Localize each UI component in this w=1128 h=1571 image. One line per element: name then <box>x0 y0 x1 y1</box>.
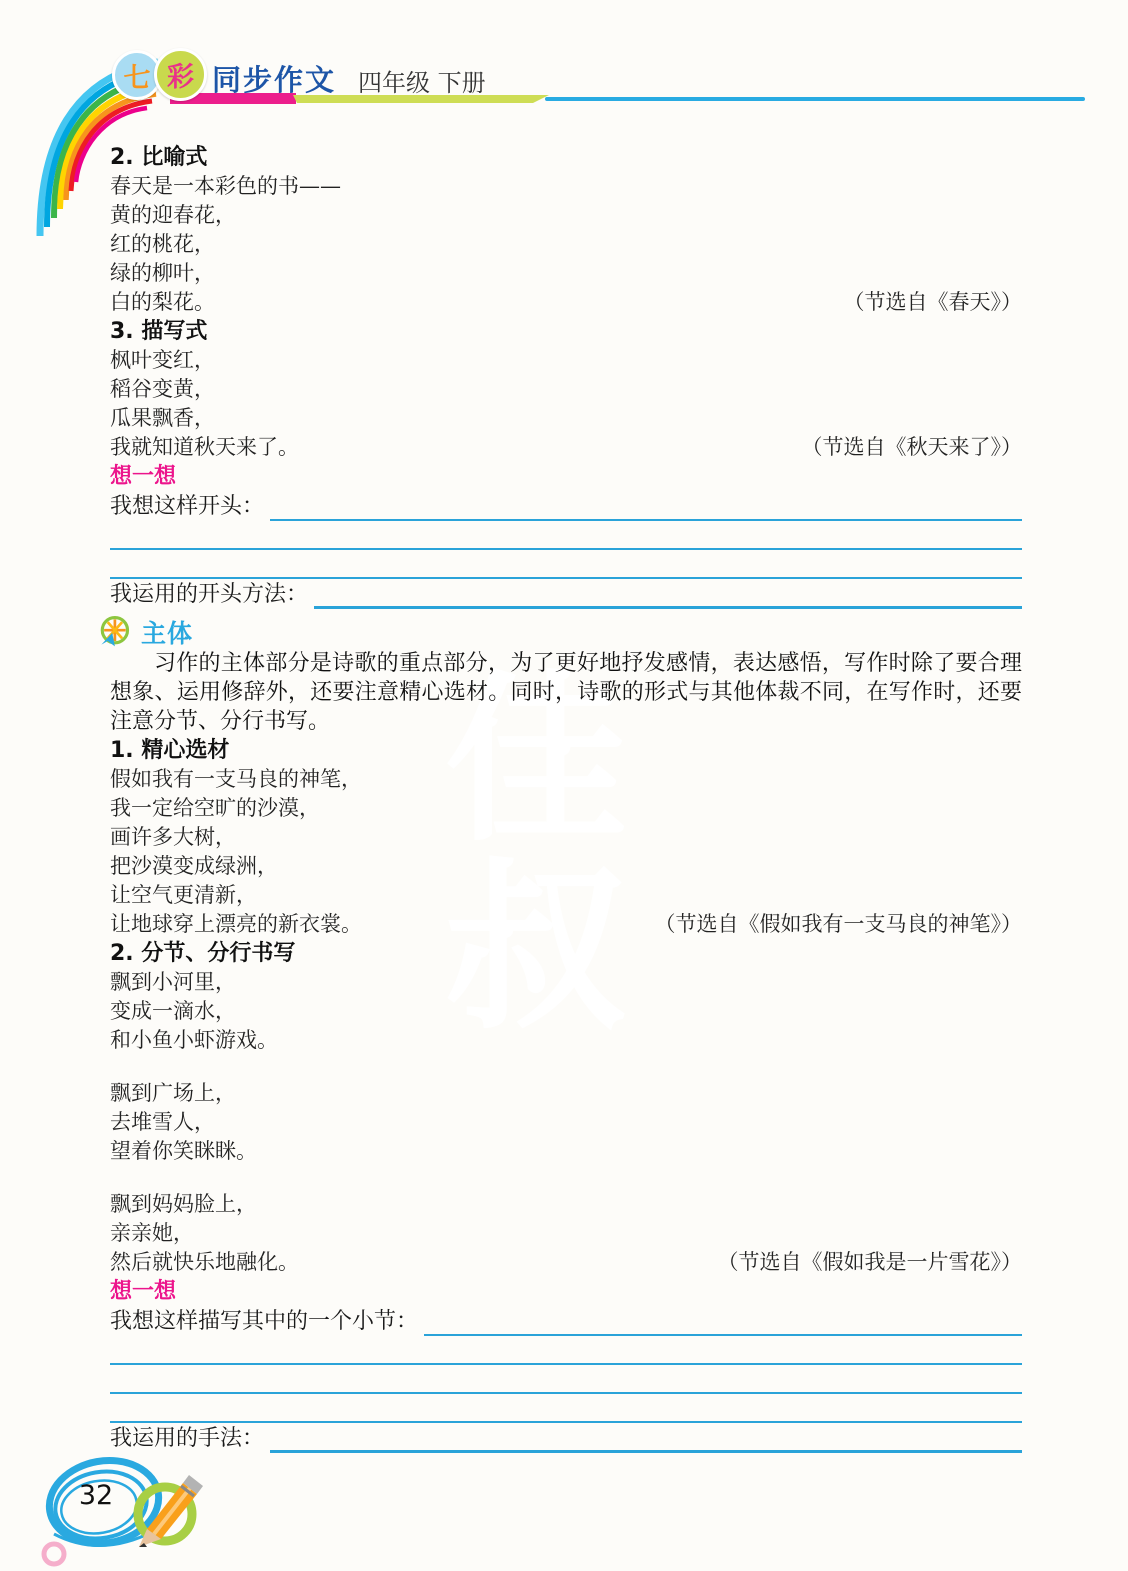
prompt-opening-method-row: 我运用的开头方法： <box>110 579 1022 609</box>
body-intro-paragraph: 习作的主体部分是诗歌的重点部分，为了更好地抒发感情，表达感悟，写作时除了要合理想… <box>110 649 1022 736</box>
heading-material-selection: 1. 精心选材 <box>110 736 1022 765</box>
page-number: 32 <box>74 1480 118 1511</box>
answer-blank-line <box>270 495 1022 521</box>
prompt-opening-method-label: 我运用的开头方法： <box>110 581 308 609</box>
poem-line: 和小鱼小虾游戏。 <box>110 1026 1022 1055</box>
poem-line: 亲亲她， <box>110 1219 1022 1248</box>
pink-ring-icon <box>44 1544 64 1564</box>
poem-line: 绿的柳叶， <box>110 259 1022 288</box>
poem-line: 让地球穿上漂亮的新衣裳。 <box>110 910 362 939</box>
logo-badge-cai: 彩 <box>154 48 207 101</box>
header-cyan-rule <box>545 97 1085 101</box>
prompt-stanza-label: 我想这样描写其中的一个小节： <box>110 1308 418 1336</box>
writing-line <box>110 521 1022 550</box>
prompt-stanza-row: 我想这样描写其中的一个小节： <box>110 1306 1022 1336</box>
poem-line: 飘到广场上， <box>110 1079 1022 1108</box>
globe-cursor-icon <box>96 614 132 650</box>
poem-descriptive: 枫叶变红，稻谷变黄，瓜果飘香， <box>110 346 1022 433</box>
answer-blank-line <box>270 1426 1022 1453</box>
poem-line: 稻谷变黄， <box>110 375 1022 404</box>
poem-line: 去堆雪人， <box>110 1108 1022 1137</box>
heading-descriptive-style: 3. 描写式 <box>110 317 1022 346</box>
poem-snowflake-stanza2: 飘到广场上，去堆雪人，望着你笑眯眯。 <box>110 1079 1022 1166</box>
poem-line: 我一定给空旷的沙漠， <box>110 794 1022 823</box>
heading-metaphor-style: 2. 比喻式 <box>110 143 1022 172</box>
answer-blank-line <box>314 582 1022 609</box>
heading-stanza-writing: 2. 分节、分行书写 <box>110 939 1022 968</box>
poem-line: 让空气更清新， <box>110 881 1022 910</box>
poem-line: 瓜果飘香， <box>110 404 1022 433</box>
section-title-body: 主体 <box>141 614 193 650</box>
stanza-gap <box>110 1055 1022 1079</box>
poem-line: 我就知道秋天来了。 <box>110 433 299 462</box>
citation-spring: （节选自《春天》） <box>844 288 1023 317</box>
poem-line: 枫叶变红， <box>110 346 1022 375</box>
poem-line-with-citation: 让地球穿上漂亮的新衣裳。 （节选自《假如我有一支马良的神笔》） <box>110 910 1022 939</box>
poem-line: 飘到妈妈脸上， <box>110 1190 1022 1219</box>
prompt-opening-label: 我想这样开头： <box>110 493 264 521</box>
poem-line-with-citation: 然后就快乐地融化。 （节选自《假如我是一片雪花》） <box>110 1248 1022 1277</box>
writing-line <box>110 1336 1022 1365</box>
grade-label: 四年级 下册 <box>358 63 486 98</box>
poem-line: 望着你笑眯眯。 <box>110 1137 1022 1166</box>
think-label-body: 想一想 <box>110 1277 1022 1306</box>
poem-line-with-citation: 我就知道秋天来了。 （节选自《秋天来了》） <box>110 433 1022 462</box>
prompt-technique-label: 我运用的手法： <box>110 1425 264 1453</box>
poem-metaphor: 春天是一本彩色的书——黄的迎春花，红的桃花，绿的柳叶， <box>110 172 1022 288</box>
think-label-opening: 想一想 <box>110 462 1022 491</box>
citation-snowflake: （节选自《假如我是一片雪花》） <box>718 1248 1023 1277</box>
poem-line: 红的桃花， <box>110 230 1022 259</box>
workbook-page: 七 彩 同步作文 四年级 下册 佳 叔 2. 比喻式 春天是一本彩色的书——黄的… <box>0 0 1128 1571</box>
answer-blank-line <box>424 1310 1022 1336</box>
poem-snowflake-stanza3: 飘到妈妈脸上，亲亲她， <box>110 1190 1022 1248</box>
poem-line-with-citation: 白的梨花。 （节选自《春天》） <box>110 288 1022 317</box>
stanza-gap <box>110 1166 1022 1190</box>
poem-line: 变成一滴水， <box>110 997 1022 1026</box>
writing-line <box>110 1365 1022 1394</box>
writing-line <box>110 1394 1022 1423</box>
page-content: 2. 比喻式 春天是一本彩色的书——黄的迎春花，红的桃花，绿的柳叶， 白的梨花。… <box>110 143 1022 1453</box>
poem-line: 把沙漠变成绿洲， <box>110 852 1022 881</box>
series-title: 同步作文 <box>212 58 336 99</box>
poem-magic-brush: 假如我有一支马良的神笔，我一定给空旷的沙漠，画许多大树，把沙漠变成绿洲，让空气更… <box>110 765 1022 910</box>
page-footer: 32 <box>40 1452 225 1570</box>
prompt-opening-row: 我想这样开头： <box>110 491 1022 521</box>
swirl-circle-icon <box>40 1452 225 1570</box>
writing-line <box>110 550 1022 579</box>
poem-snowflake-stanza1: 飘到小河里，变成一滴水，和小鱼小虾游戏。 <box>110 968 1022 1055</box>
citation-autumn: （节选自《秋天来了》） <box>802 433 1023 462</box>
prompt-technique-row: 我运用的手法： <box>110 1423 1022 1453</box>
citation-magic-brush: （节选自《假如我有一支马良的神笔》） <box>655 910 1023 939</box>
poem-line: 画许多大树， <box>110 823 1022 852</box>
poem-line: 飘到小河里， <box>110 968 1022 997</box>
poem-line: 假如我有一支马良的神笔， <box>110 765 1022 794</box>
poem-line: 然后就快乐地融化。 <box>110 1248 299 1277</box>
poem-line: 白的梨花。 <box>110 288 215 317</box>
poem-line: 春天是一本彩色的书—— <box>110 172 1022 201</box>
section-head-body: 主体 <box>96 615 1022 649</box>
poem-line: 黄的迎春花， <box>110 201 1022 230</box>
